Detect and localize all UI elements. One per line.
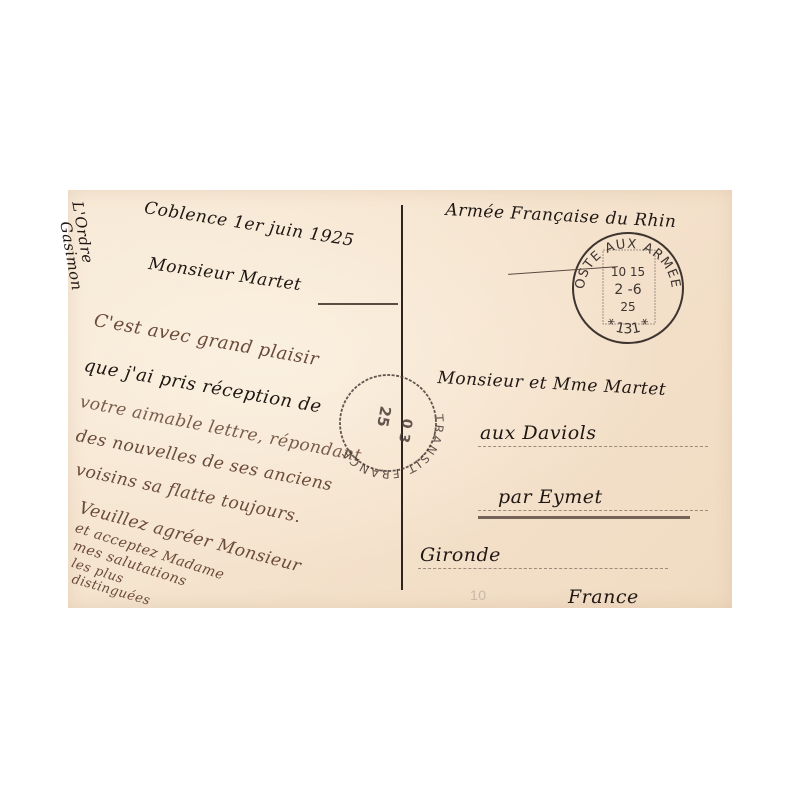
recipient-name: Monsieur et Mme Martet <box>437 368 667 400</box>
address-line-guide-2 <box>478 510 708 511</box>
postcard: L'Ordre Gasimon Coblence 1er juin 1925 M… <box>68 190 732 608</box>
transit-postmark: TRANSIT FRANCE 25 0 3 <box>333 368 443 478</box>
svg-text:25: 25 <box>373 405 394 429</box>
address-line-guide-1 <box>478 446 708 447</box>
date-line: Coblence 1er juin 1925 <box>143 198 356 251</box>
country: France <box>568 586 639 608</box>
svg-text:0 3: 0 3 <box>395 417 415 444</box>
address-line-1: aux Daviols <box>480 422 596 444</box>
svg-text:TRANSIT FRANCE: TRANSIT FRANCE <box>334 411 455 489</box>
address-underline <box>478 516 690 519</box>
svg-text:* 131 *: * 131 * <box>603 316 654 338</box>
svg-text:2 -6: 2 -6 <box>614 282 641 298</box>
salutation: Monsieur Martet <box>147 254 302 295</box>
svg-text:25: 25 <box>620 300 635 314</box>
salutation-flourish <box>318 303 398 305</box>
address-line-guide-3 <box>418 568 668 569</box>
pencil-mark: 10 <box>470 587 487 603</box>
department: Gironde <box>420 544 501 566</box>
poste-aux-armees-postmark: POSTE AUX ARMEES * 131 * 10 15 2 -6 25 <box>568 228 688 348</box>
address-line-2: par Eymet <box>498 486 603 508</box>
svg-text:POSTE AUX ARMEES: POSTE AUX ARMEES <box>563 217 683 290</box>
